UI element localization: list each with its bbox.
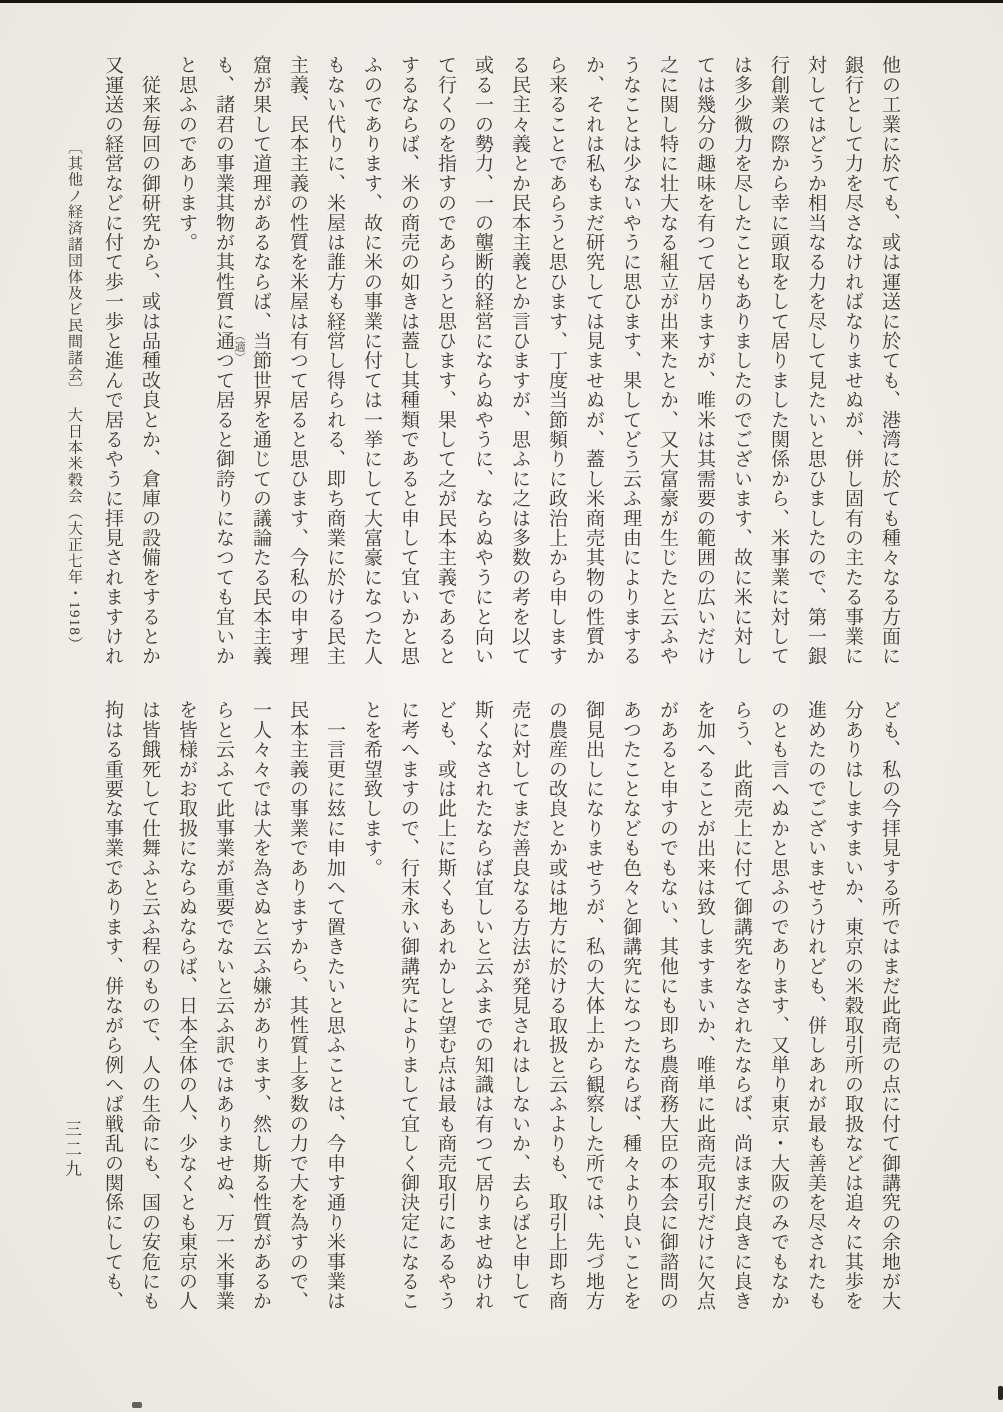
text-column: 売に対してまだ善良なる方法が発見されはしないか、去らばと申して [501, 700, 538, 1320]
text-column: 銀行として力を尽さなければなりませぬが、併し固有の主たる事業に [834, 55, 871, 675]
text-column: も、諸君の事業其物が其性質に通つて居ると御誇りになつても宜いか [205, 55, 242, 675]
text-column: と思ふのであります。 [168, 55, 205, 675]
text-column: は皆餓死して仕舞ふと云ふ程のもので、人の生命にも、国の安危にも [131, 700, 168, 1320]
text-column: て行くのを指すのであらうと思ひます、果して之が民本主義であると [427, 55, 464, 675]
text-column: ども、或は此上に斯くもあれかしと望む点は最も商売取引にあるやう [427, 700, 464, 1320]
text-column: もない代りに、米屋は誰方も経営し得られる、即ち商業に於ける民主 [316, 55, 353, 675]
text-column: 窟が果して道理があるならば、当節世界を通じての議論たる民本主義 [242, 55, 279, 675]
text-column: とを希望致します。 [353, 700, 390, 1320]
inline-correction-gloss: （適） [233, 330, 244, 363]
text-column: 対してはどうか相当なる力を尽して見たいと思ひましたので、第一銀 [797, 55, 834, 675]
text-column: 分ありはしますまいか、東京の米穀取引所の取扱などは追々に其歩を [834, 700, 871, 1320]
text-column: するならば、米の商売の如きは蓋し其種類であると申して宜いかと思 [390, 55, 427, 675]
text-column: うなことは少ないやうに思ひます、果してどう云ふ理由によりまする [612, 55, 649, 675]
text-column: ては幾分の趣味を有つて居りますが、唯米は其需要の範囲の広いだけ [686, 55, 723, 675]
text-column: 民本主義の事業でありますから、其性質上多数の力で大を為すので、 [279, 700, 316, 1320]
text-column: 他の工業に於ても、或は運送に於ても、港湾に於ても種々なる方面に [871, 55, 908, 675]
text-column: 行創業の際から幸に頭取をして居りました関係から、米事業に対して [760, 55, 797, 675]
text-column: は多少微力を尽したこともありましたのでございます、故に米に対し [723, 55, 760, 675]
text-column: 御見出しになりませうが、私の大体上から観察した所では、先づ地方 [575, 700, 612, 1320]
text-column: らと云ふて此事業が重要でないと云ふ訳ではありませぬ、万一米事業 [205, 700, 242, 1320]
text-column: 主義、民本主義の性質を米屋は有つて居ると思ひます、今私の申す理 [279, 55, 316, 675]
text-column: あつたことなども色々と御講究になつたならば、種々より良いことを [612, 700, 649, 1320]
text-column: 斯くなされたならば宜しいと云ふまでの知識は有つて居りませぬけれ [464, 700, 501, 1320]
text-column: 之に関し特に壮大なる組立が出来たとか、又大富豪が生じたと云ふや [649, 55, 686, 675]
scanned-book-page: 他の工業に於ても、或は運送に於ても、港湾に於ても種々なる方面に銀行として力を尽さ… [0, 0, 1003, 1412]
text-column: を皆様がお取扱にならぬならば、日本全体の人、少なくとも東京の人 [168, 700, 205, 1320]
text-column: を加へることが出来は致しますまいか、唯単に此商売取引だけに欠点 [686, 700, 723, 1320]
source-citation: 〔其他ノ経済諸団体及ビ民間諸会〕 大日本米穀会（大正七年・1918） [64, 139, 84, 652]
text-column: ら来ることであらうと思ひます、丁度当節頻りに政治上から申します [538, 55, 575, 675]
scan-edge-top [0, 0, 1003, 3]
lower-text-block: ども、私の今拝見する所ではまだ此商売の点に付て御講究の余地が大分ありはしますまい… [94, 700, 908, 1320]
text-column: 又運送の経営などに付て歩一歩と進んで居るやうに拝見されますけれ [94, 55, 131, 675]
upper-text-block: 他の工業に於ても、或は運送に於ても、港湾に於ても種々なる方面に銀行として力を尽さ… [94, 55, 908, 675]
text-column: ふのであります、故に米の事業に付ては一挙にして大富豪になつた人 [353, 55, 390, 675]
text-column: 進めたのでございませうけれども、併しあれが最も善美を尽されたも [797, 700, 834, 1320]
scan-speck [132, 1402, 142, 1408]
text-column: ども、私の今拝見する所ではまだ此商売の点に付て御講究の余地が大 [871, 700, 908, 1320]
text-column: 一人々々では大を為さぬと云ふ嫌があります、然し斯る性質があるか [242, 700, 279, 1320]
scan-speck [998, 1386, 1003, 1400]
text-column: があると申すのでもない、其他にも即ち農商務大臣の本会に御諮問の [649, 700, 686, 1320]
text-column: る民主々義とか民本主義とか言ひますが、思ふに之は多数の考を以て [501, 55, 538, 675]
text-column: のとも言へぬかと思ふのであります、又単り東京・大阪のみでもなか [760, 700, 797, 1320]
text-column: 或る一の勢力、一の壟断的経営にならぬやうに、ならぬやうにと向い [464, 55, 501, 675]
text-column: 一言更に玆に申加へて置きたいと思ふことは、今申す通り米事業は [316, 700, 353, 1320]
text-column: に考へますので、行末永い御講究によりまして宜しく御決定になるこ [390, 700, 427, 1320]
text-column: らう、此商売上に付て御講究をなされたならば、尚ほまだ良きに良き [723, 700, 760, 1320]
text-column: 拘はる重要な事業であります、併ながら例へば戦乱の関係にしても、 [94, 700, 131, 1320]
page-number: 三二九 [59, 1120, 84, 1180]
text-column: か、それは私もまだ研究しては見ませぬが、蓋し米商売其物の性質か [575, 55, 612, 675]
text-column: 従来毎回の御研究から、或は品種改良とか、倉庫の設備をするとか [131, 55, 168, 675]
text-column: の農産の改良とか或は地方に於ける取扱と云ふよりも、取引上即ち商 [538, 700, 575, 1320]
